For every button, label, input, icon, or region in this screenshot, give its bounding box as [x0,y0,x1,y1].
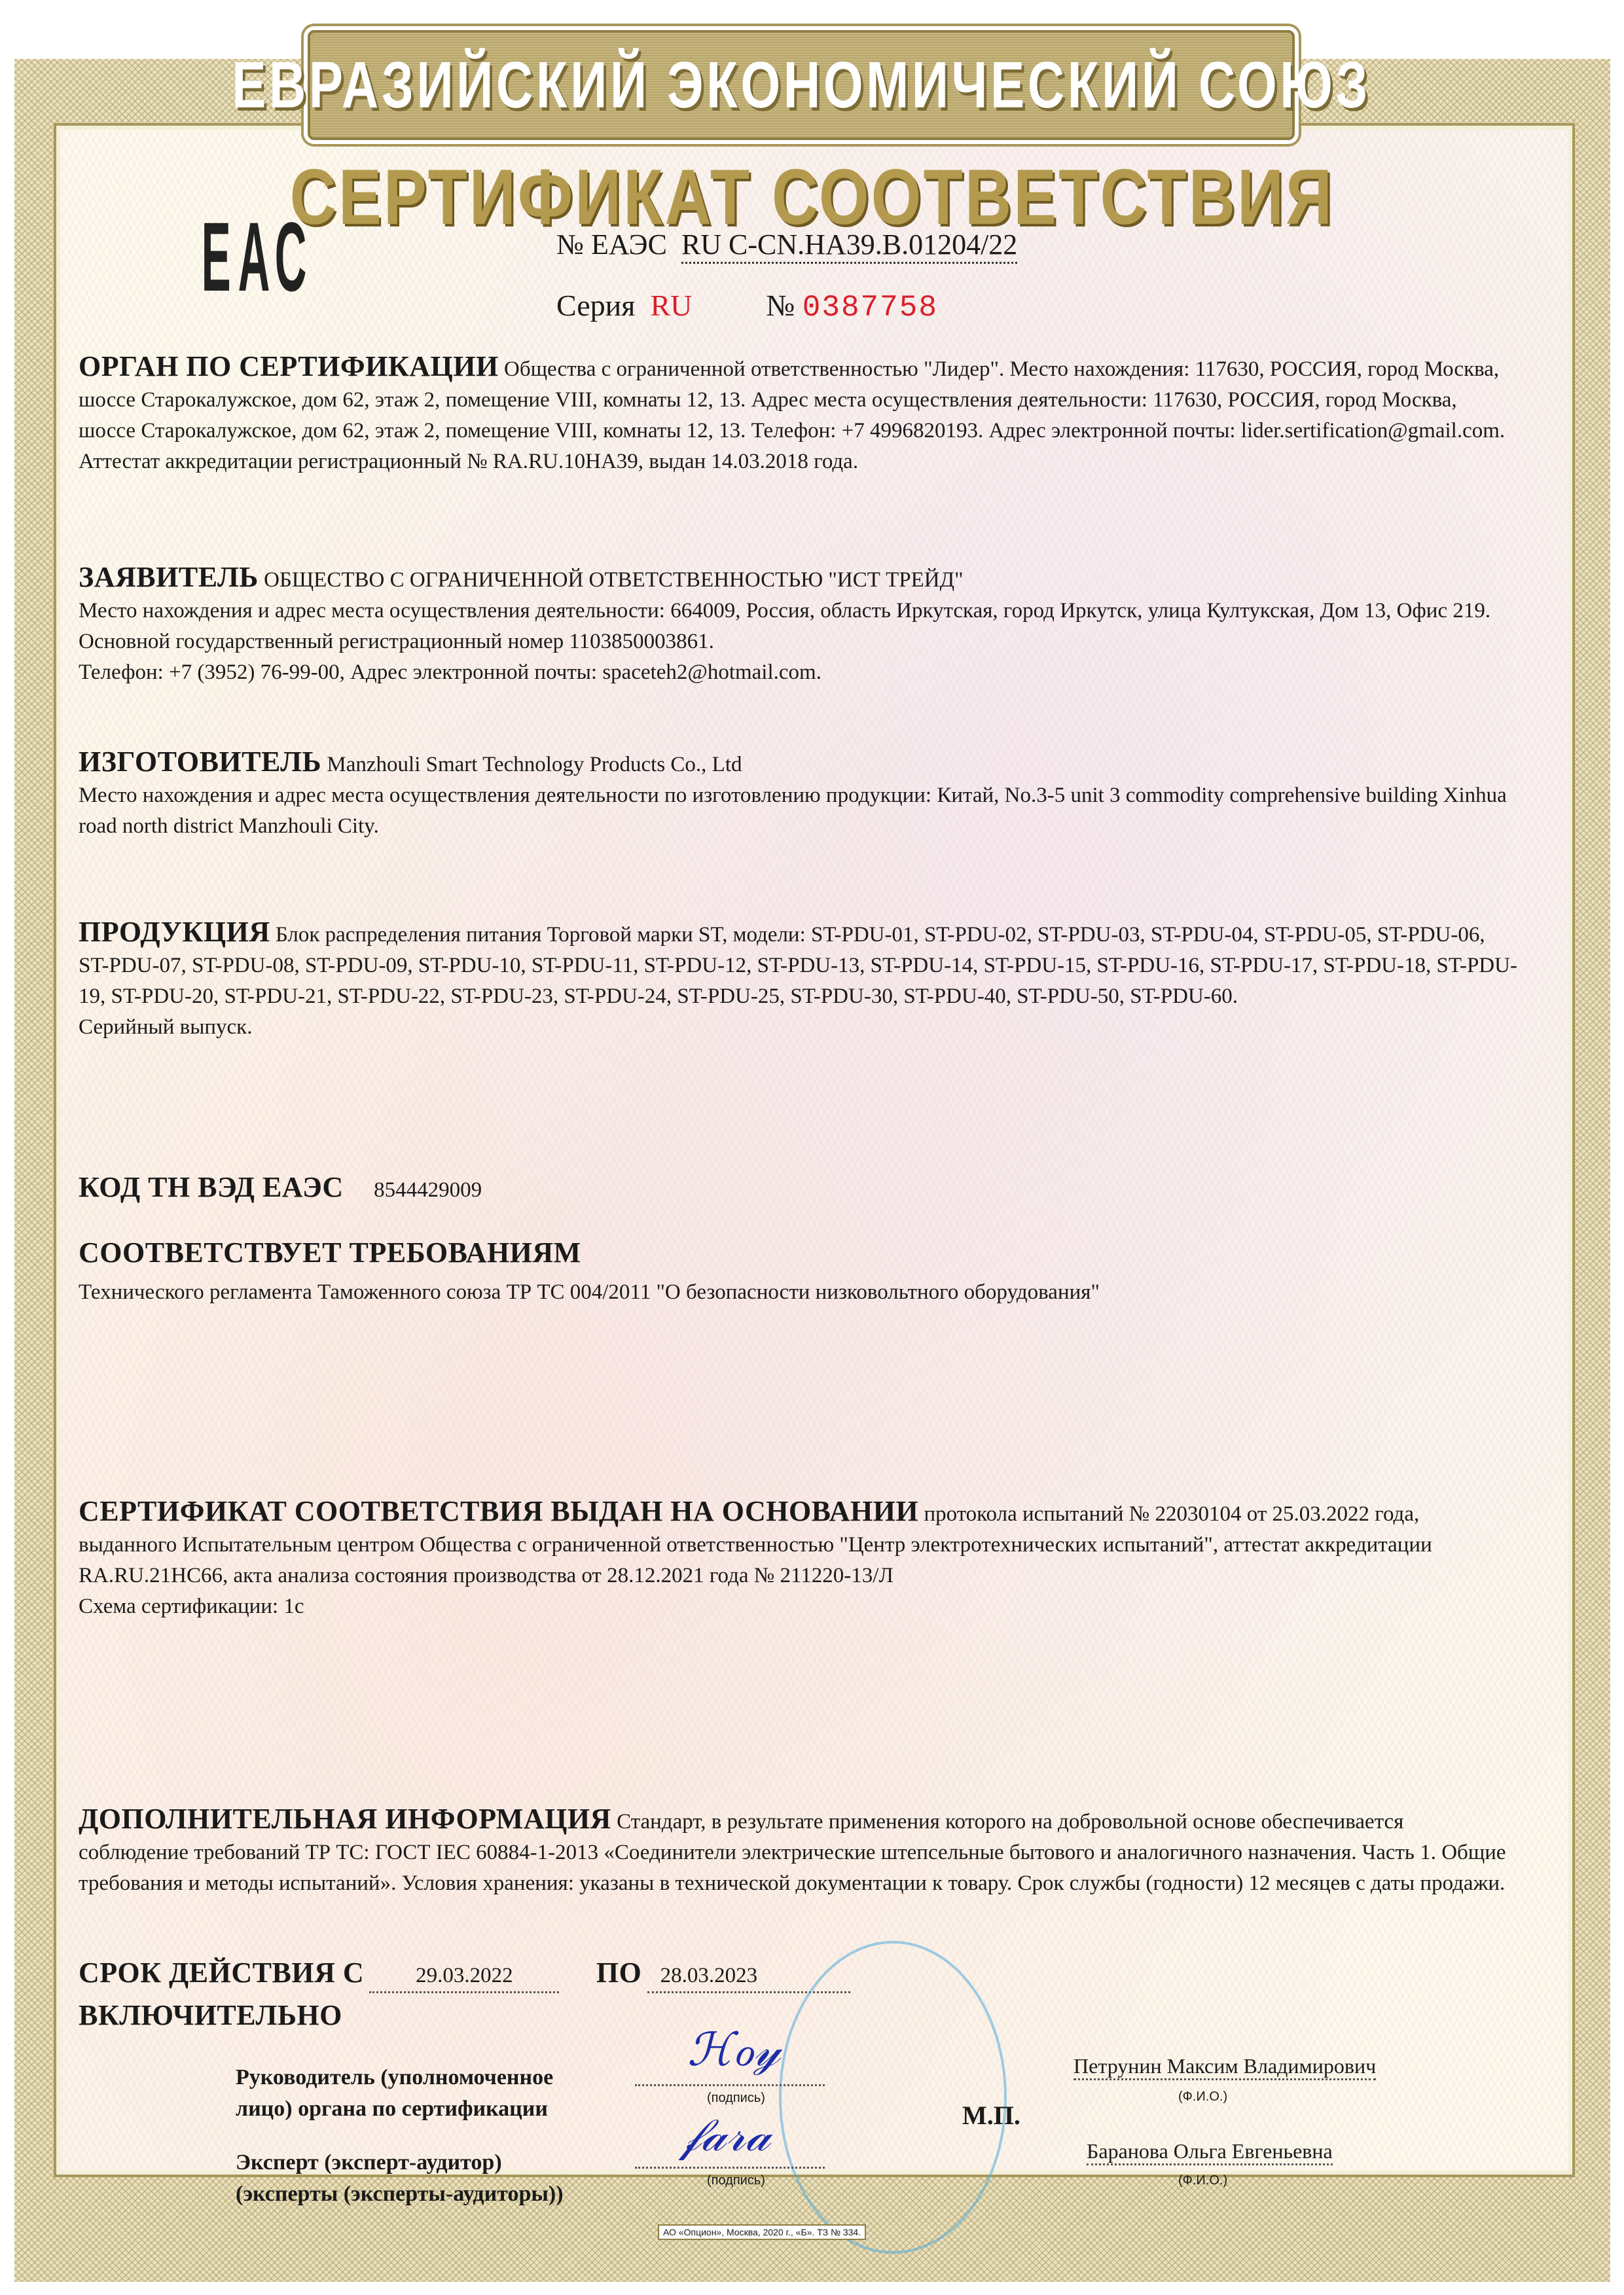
product-section: ПРОДУКЦИЯ Блок распределения питания Тор… [79,916,1519,1043]
eac-logo-icon: Е А С [193,216,285,298]
series-line: Серия RU № 0387758 [556,288,938,325]
applicant-heading: ЗАЯВИТЕЛЬ [79,561,259,593]
production-type: Серийный выпуск. [79,1012,1519,1043]
expert-signature-line [635,2167,825,2169]
manufacturer-section: ИЗГОТОВИТЕЛЬ Manzhouli Smart Technology … [79,746,1519,842]
product-text: Блок распределения питания Торговой марк… [79,923,1517,1008]
manufacturer-name: Manzhouli Smart Technology Products Co.,… [327,753,742,776]
basis-heading: СЕРТИФИКАТ СООТВЕТСТВИЯ ВЫДАН НА ОСНОВАН… [79,1495,918,1527]
tn-ved-heading: КОД ТН ВЭД ЕАЭС [79,1171,344,1203]
stamp-label: М.П. [962,2100,1020,2131]
validity-from-date: 29.03.2022 [369,1961,559,1993]
head-name: Петрунин Максим Владимирович [1074,2054,1376,2080]
expert-name-caption: (Ф.И.О.) [1178,2173,1227,2188]
head-signature: ℋℴ𝓎 [687,2023,780,2077]
head-signature-caption: (подпись) [707,2091,765,2106]
expert-label: Эксперт (эксперт-аудитор) (эксперты (экс… [236,2147,564,2210]
registration-number-value: RU С-CN.НА39.В.01204/22 [681,228,1017,264]
tn-ved-code: 8544429009 [374,1178,482,1202]
applicant-address: Место нахождения и адрес места осуществл… [79,596,1519,626]
applicant-name: ОБЩЕСТВО С ОГРАНИЧЕННОЙ ОТВЕТСТВЕННОСТЬЮ… [264,568,964,592]
manufacturer-heading: ИЗГОТОВИТЕЛЬ [79,746,321,778]
additional-info-heading: ДОПОЛНИТЕЛЬНАЯ ИНФОРМАЦИЯ [79,1803,611,1835]
printer-imprint: АО «Опцион», Москва, 2020 г., «Б». ТЗ № … [658,2224,866,2240]
certification-body-section: ОРГАН ПО СЕРТИФИКАЦИИ Общества с огранич… [79,351,1519,477]
validity-from-label: СРОК ДЕЙСТВИЯ С [79,1957,364,1989]
series-value: RU [650,289,692,322]
head-signature-line [635,2084,825,2086]
union-name: ЕВРАЗИЙСКИЙ ЭКОНОМИЧЕСКИЙ СОЮЗ [232,48,1371,123]
certification-body-heading: ОРГАН ПО СЕРТИФИКАЦИИ [79,350,499,382]
form-number: 0387758 [803,291,938,325]
requirements-text: Технического регламента Таможенного союз… [79,1277,1519,1308]
applicant-section: ЗАЯВИТЕЛЬ ОБЩЕСТВО С ОГРАНИЧЕННОЙ ОТВЕТС… [79,562,1519,688]
validity-to-label: ПО [596,1957,641,1989]
manufacturer-address: Место нахождения и адрес места осуществл… [79,780,1519,842]
head-signatory-label: Руководитель (уполномоченное лицо) орган… [236,2062,553,2125]
expert-name: Баранова Ольга Евгеньевна [1087,2139,1333,2165]
additional-info-section: ДОПОЛНИТЕЛЬНАЯ ИНФОРМАЦИЯ Стандарт, в ре… [79,1803,1519,1899]
requirements-heading: СООТВЕТСТВУЕТ ТРЕБОВАНИЯМ [79,1237,1519,1268]
product-heading: ПРОДУКЦИЯ [79,916,270,948]
certification-scheme: Схема сертификации: 1с [79,1591,1519,1622]
basis-section: СЕРТИФИКАТ СООТВЕТСТВИЯ ВЫДАН НА ОСНОВАН… [79,1496,1519,1622]
signatures-block: Руководитель (уполномоченное лицо) орган… [236,2062,1479,2213]
head-name-caption: (Ф.И.О.) [1178,2089,1227,2105]
tn-ved-section: КОД ТН ВЭД ЕАЭС 8544429009 [79,1172,1519,1206]
requirements-section: СООТВЕТСТВУЕТ ТРЕБОВАНИЯМ Технического р… [79,1237,1519,1308]
expert-signature: 𝒻𝒶𝓇𝒶 [681,2108,770,2162]
expert-signature-caption: (подпись) [707,2173,765,2188]
union-banner: ЕВРАЗИЙСКИЙ ЭКОНОМИЧЕСКИЙ СОЮЗ [308,30,1295,140]
registration-number: № ЕАЭС RU С-CN.НА39.В.01204/22 [556,228,1017,261]
applicant-ogrn: Основной государственный регистрационный… [79,626,1519,657]
applicant-contacts: Телефон: +7 (3952) 76-99-00, Адрес элект… [79,657,1519,688]
